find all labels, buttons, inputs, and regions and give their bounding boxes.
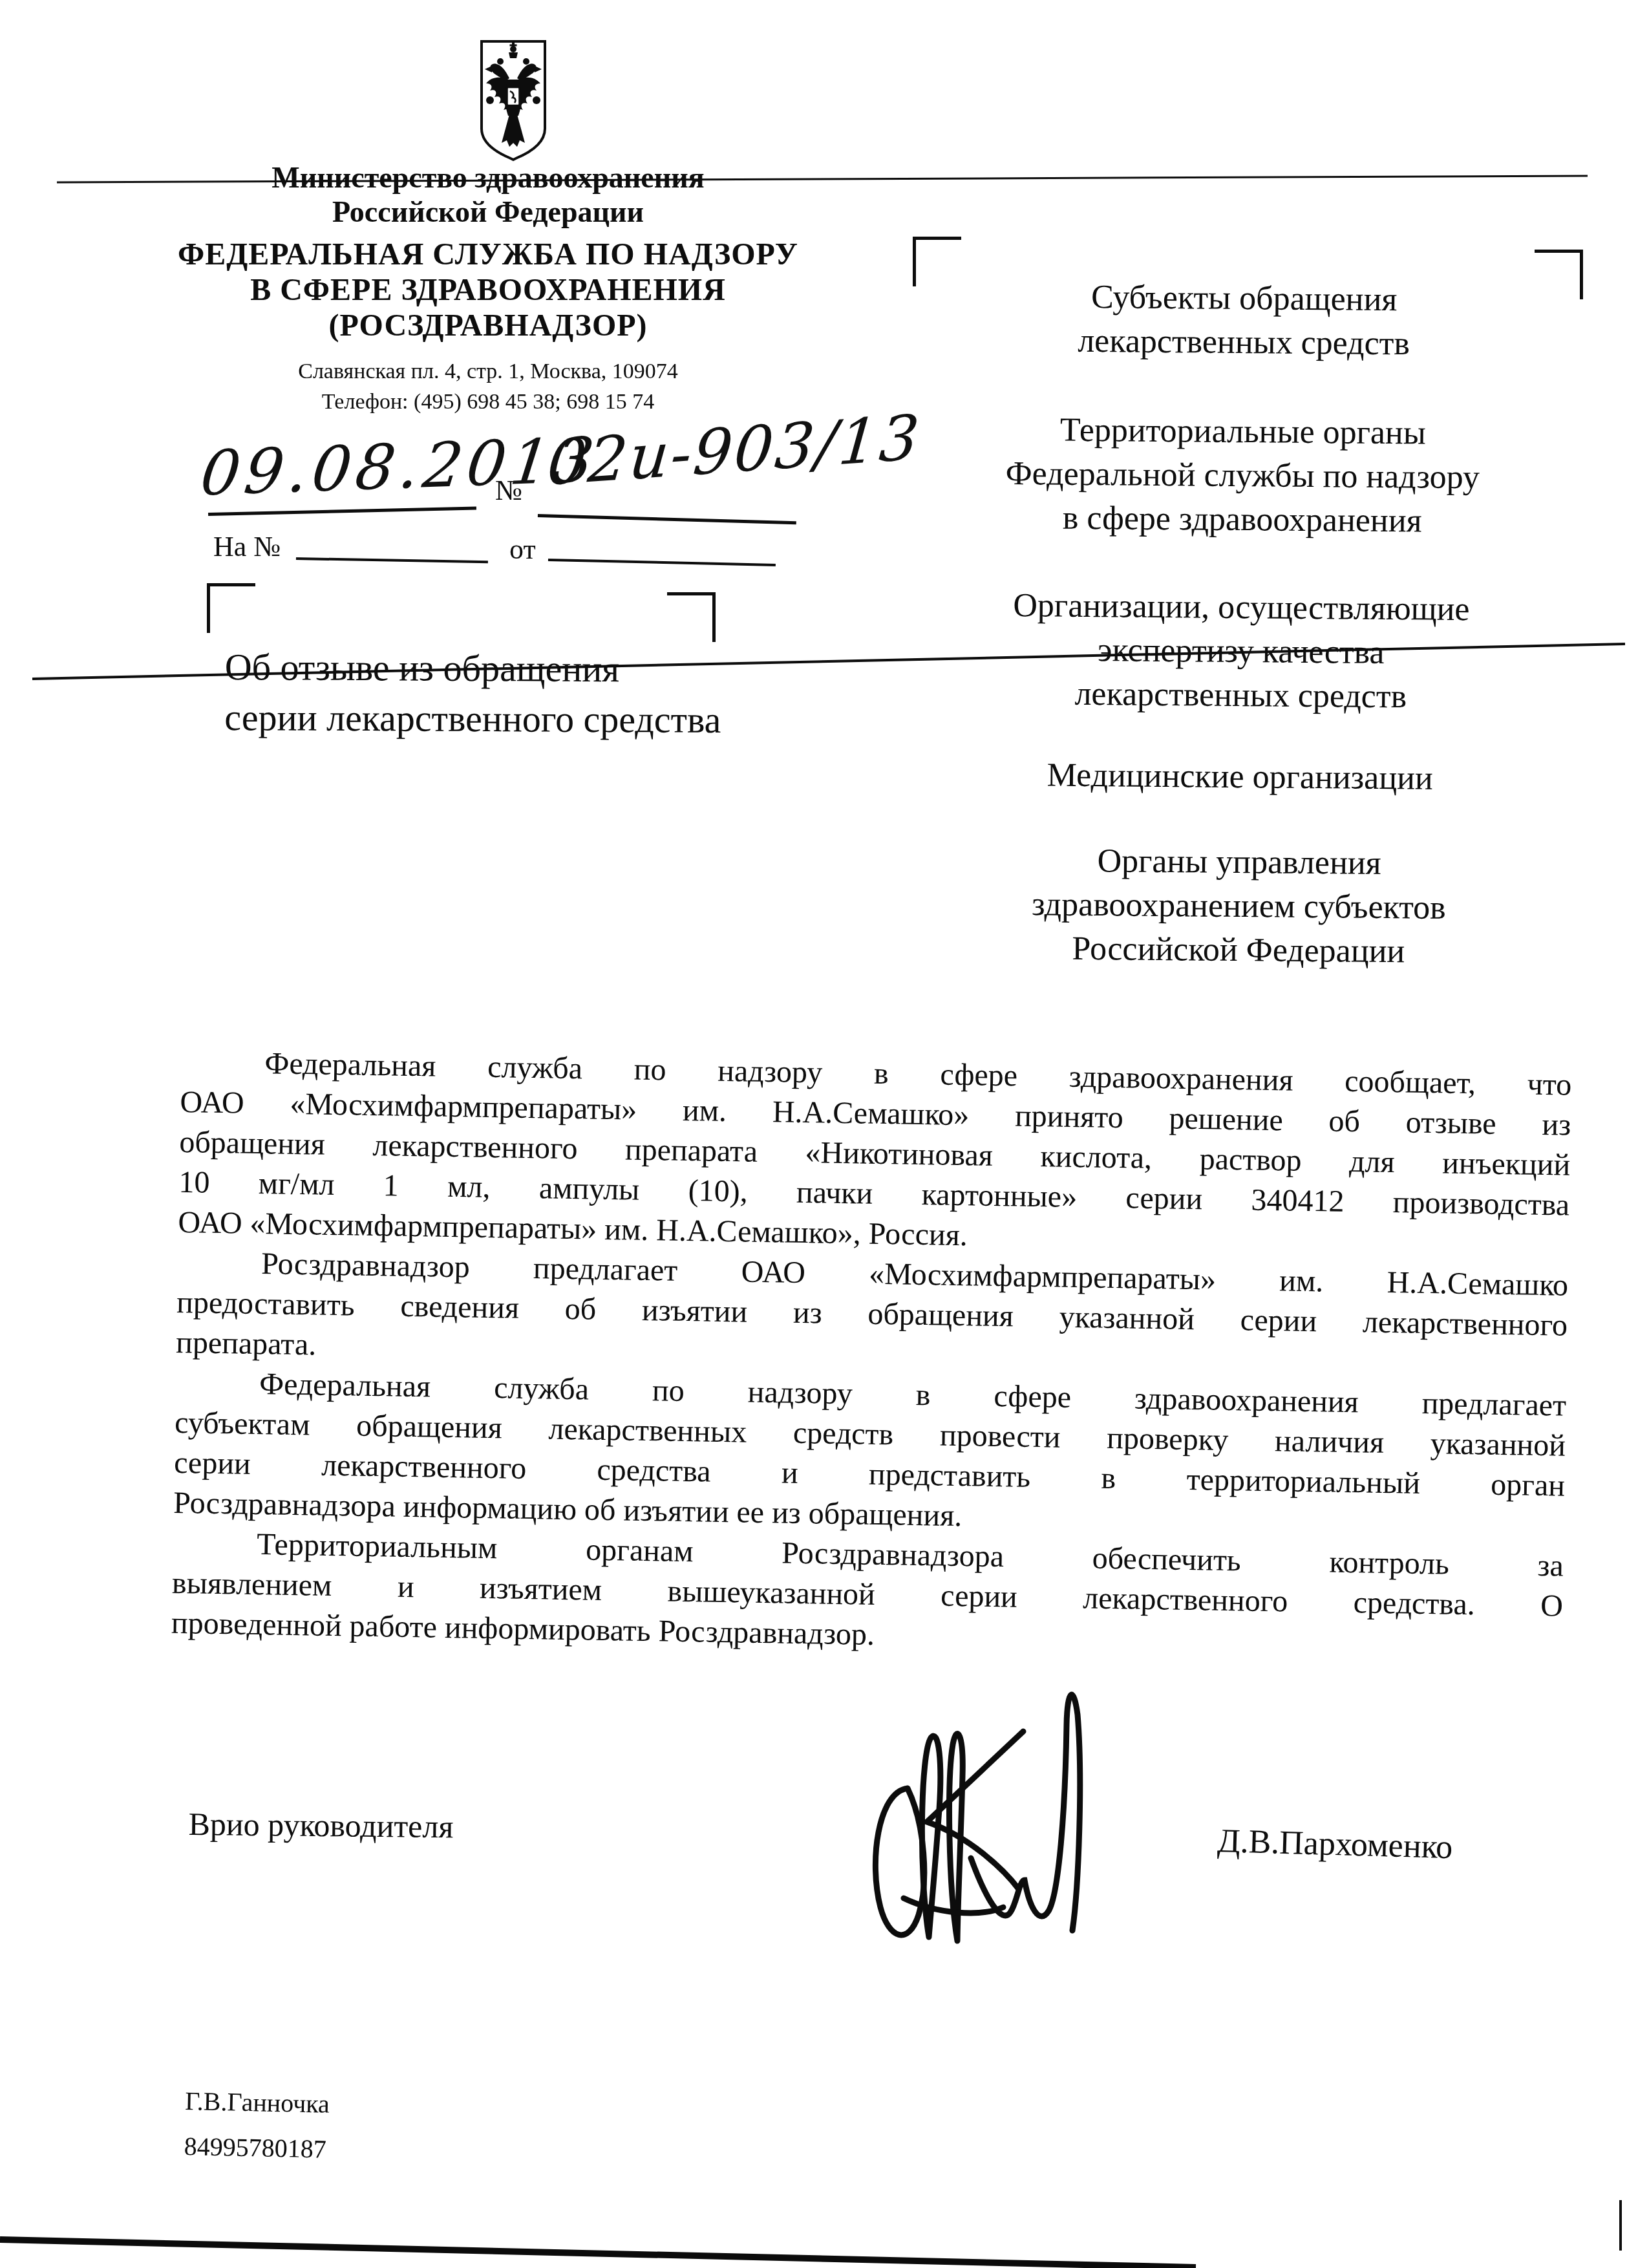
scanned-letter-page: Министерство здравоохранения Российской … <box>0 0 1638 2268</box>
number-sign-label: № <box>495 474 522 507</box>
ministry-name-line2: Российской Федерации <box>84 195 892 229</box>
handwritten-date: 09.08.2013 <box>197 425 602 510</box>
addressee-group: Организации, осуществляющие экспертизу к… <box>937 583 1546 720</box>
ministry-name-line1: Министерство здравоохранения <box>84 160 892 195</box>
addressee-line: Органы управления <box>935 838 1544 887</box>
addressee-group: Территориальные органы Федеральной служб… <box>938 407 1547 544</box>
scan-tick-right <box>1619 2200 1622 2251</box>
addressee-line: Территориальные органы <box>939 407 1548 456</box>
service-name-line1: ФЕДЕРАЛЬНАЯ СЛУЖБА ПО НАДЗОРУ <box>84 237 892 272</box>
reply-date-underline <box>548 559 776 566</box>
addressee-line: лекарственных средств <box>940 318 1548 367</box>
addressee-line: в сфере здравоохранения <box>938 495 1546 544</box>
addressee-line: Российской Федерации <box>935 926 1543 975</box>
reply-to-number-label: На № <box>213 530 281 563</box>
service-name-line3: (РОСЗДРАВНАДЗОР) <box>84 308 892 343</box>
handwritten-outgoing-number: 02и-903/13 <box>544 402 924 500</box>
subject-line: серии лекарственного средства <box>224 692 838 746</box>
signature-scribble <box>875 1695 1080 1941</box>
addressees-column: Субъекты обращения лекарственных средств… <box>935 274 1548 975</box>
letterhead-address: Славянская пл. 4, стр. 1, Москва, 109074 <box>84 359 892 384</box>
executor-block: Г.В.Ганночка 84995780187 <box>184 2079 330 2172</box>
executor-name: Г.В.Ганночка <box>185 2079 330 2127</box>
reply-from-date-label: от <box>509 533 536 566</box>
reply-number-underline <box>296 557 488 563</box>
addressee-group: Органы управления здравоохранением субъе… <box>935 838 1544 975</box>
addressee-group: Медицинские организации <box>936 753 1544 802</box>
addressee-line: здравоохранением субъектов <box>935 882 1543 931</box>
double-headed-eagle-icon <box>485 43 542 147</box>
addressee-line: лекарственных средств <box>937 671 1545 720</box>
subject-corner-mark-left <box>207 583 255 633</box>
addressee-line: Федеральной службы по надзору <box>939 451 1547 500</box>
addressee-line: экспертизу качества <box>937 627 1546 676</box>
executor-phone: 84995780187 <box>184 2124 329 2172</box>
letterhead-phone: Телефон: (495) 698 45 38; 698 15 74 <box>84 390 892 414</box>
service-name-line2: В СФЕРЕ ЗДРАВООХРАНЕНИЯ <box>84 272 892 308</box>
letter-subject: Об отзыве из обращения серии лекарственн… <box>224 642 839 746</box>
addressee-line: Медицинские организации <box>936 753 1544 802</box>
signer-position-title: Врио руководителя <box>188 1805 453 1845</box>
signer-name: Д.В.Пархоменко <box>1217 1822 1453 1867</box>
scan-line-bottom <box>0 2240 1196 2267</box>
subject-corner-mark-right <box>667 592 716 642</box>
letter-body: Федеральная служба по надзору в сфере зд… <box>171 1042 1572 1667</box>
addressee-group: Субъекты обращения лекарственных средств <box>940 274 1548 367</box>
subject-line: Об отзыве из обращения <box>225 642 839 696</box>
coat-of-arms-emblem <box>477 37 549 162</box>
addressee-line: Организации, осуществляющие <box>937 583 1546 632</box>
number-underline <box>538 514 796 524</box>
addressee-line: Субъекты обращения <box>940 274 1548 323</box>
